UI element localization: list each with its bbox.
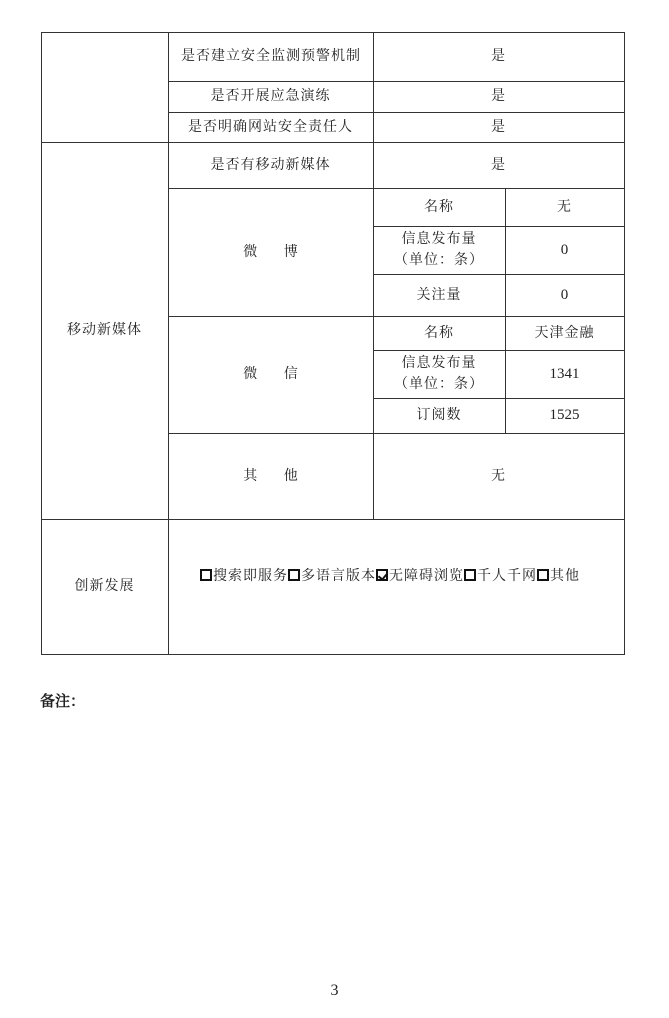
option-label: 千人千网 bbox=[477, 565, 537, 585]
wechat-posts-value: 1341 bbox=[505, 350, 624, 398]
weibo-label: 微 博 bbox=[168, 188, 373, 316]
table-border bbox=[41, 654, 625, 655]
checkbox-checked-icon[interactable] bbox=[376, 569, 388, 581]
option-label: 无障碍浏览 bbox=[389, 565, 464, 585]
option-label: 搜索即服务 bbox=[213, 565, 288, 585]
option-multilingual[interactable]: 多语言版本 bbox=[288, 565, 376, 585]
row-label-monitoring-warning: 是否建立安全监测预警机制 bbox=[178, 32, 364, 81]
wechat-name-value: 天津金融 bbox=[505, 316, 624, 350]
row-label-emergency-drill: 是否开展应急演练 bbox=[168, 81, 373, 112]
section-label-innovation: 创新发展 bbox=[41, 519, 168, 654]
row-value-has-mobile-media: 是 bbox=[373, 142, 624, 188]
wechat-subscribers-label: 订阅数 bbox=[373, 398, 505, 433]
weibo-posts-label-line1: 信息发布量 bbox=[402, 229, 477, 250]
section-label-mobile-media: 移动新媒体 bbox=[41, 142, 168, 519]
other-media-value: 无 bbox=[373, 433, 624, 519]
row-value-emergency-drill: 是 bbox=[373, 81, 624, 112]
wechat-label: 微 信 bbox=[168, 316, 373, 433]
option-label: 其他 bbox=[550, 565, 580, 585]
row-value-security-officer: 是 bbox=[373, 112, 624, 142]
wechat-posts-label: 信息发布量 （单位：条） bbox=[373, 350, 505, 398]
option-accessibility[interactable]: 无障碍浏览 bbox=[376, 565, 464, 585]
option-search-as-service[interactable]: 搜索即服务 bbox=[200, 565, 288, 585]
weibo-name-value: 无 bbox=[505, 188, 624, 226]
weibo-posts-label: 信息发布量 （单位：条） bbox=[373, 226, 505, 274]
other-media-label: 其 他 bbox=[168, 433, 373, 519]
weibo-posts-label-line2: （单位：条） bbox=[394, 250, 484, 271]
innovation-options: 搜索即服务 多语言版本 无障碍浏览 千人千网 其他 bbox=[200, 565, 580, 585]
option-personalized[interactable]: 千人千网 bbox=[464, 565, 537, 585]
wechat-posts-label-line2: （单位：条） bbox=[394, 374, 484, 395]
weibo-name-label: 名称 bbox=[373, 188, 505, 226]
weibo-followers-label: 关注量 bbox=[373, 274, 505, 316]
wechat-posts-label-line1: 信息发布量 bbox=[402, 353, 477, 374]
wechat-subscribers-value: 1525 bbox=[505, 398, 624, 433]
option-label: 多语言版本 bbox=[301, 565, 376, 585]
row-label-security-officer: 是否明确网站安全责任人 bbox=[168, 112, 373, 142]
option-other[interactable]: 其他 bbox=[537, 565, 580, 585]
wechat-name-label: 名称 bbox=[373, 316, 505, 350]
page-number: 3 bbox=[0, 982, 669, 1000]
checkbox-unchecked-icon[interactable] bbox=[537, 569, 549, 581]
checkbox-unchecked-icon[interactable] bbox=[464, 569, 476, 581]
row-label-has-mobile-media: 是否有移动新媒体 bbox=[168, 142, 373, 188]
table-border bbox=[624, 32, 625, 655]
checkbox-unchecked-icon[interactable] bbox=[200, 569, 212, 581]
weibo-posts-value: 0 bbox=[505, 226, 624, 274]
checkbox-unchecked-icon[interactable] bbox=[288, 569, 300, 581]
note-label: 备注： bbox=[40, 690, 85, 711]
weibo-followers-value: 0 bbox=[505, 274, 624, 316]
row-value-monitoring-warning: 是 bbox=[373, 32, 624, 81]
